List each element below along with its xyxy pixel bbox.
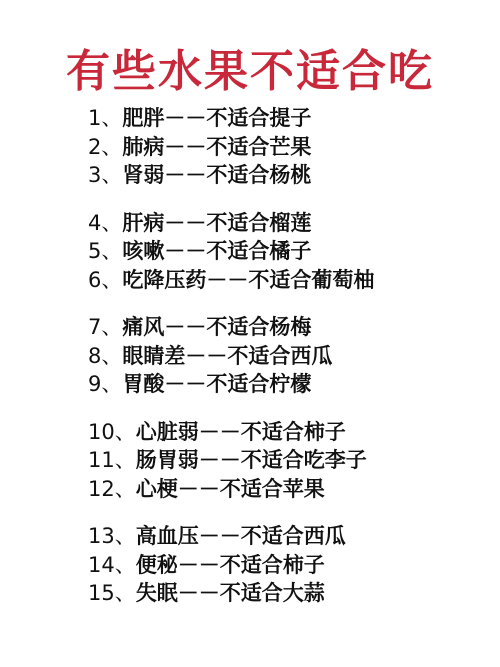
list-item: 1、肥胖－－不适合提子 [88, 104, 374, 133]
item-number: 6、 [88, 268, 122, 292]
fruit-list: 1、肥胖－－不适合提子 2、肺病－－不适合芒果 3、肾弱－－不适合杨桃 4、肝病… [88, 104, 374, 627]
item-text: 肠胃弱－－不适合吃李子 [136, 448, 367, 472]
item-number: 2、 [88, 135, 122, 159]
list-item: 4、肝病－－不适合榴莲 [88, 209, 374, 238]
item-text: 心脏弱－－不适合柿子 [136, 420, 346, 444]
item-text: 便秘－－不适合柿子 [136, 553, 325, 577]
item-number: 5、 [88, 239, 122, 263]
item-text: 肝病－－不适合榴莲 [122, 211, 311, 235]
list-item: 3、肾弱－－不适合杨桃 [88, 161, 374, 190]
item-text: 肺病－－不适合芒果 [122, 135, 311, 159]
item-text: 眼睛差－－不适合西瓜 [122, 344, 332, 368]
list-item: 10、心脏弱－－不适合柿子 [88, 418, 374, 447]
list-group-1: 1、肥胖－－不适合提子 2、肺病－－不适合芒果 3、肾弱－－不适合杨桃 [88, 104, 374, 190]
item-number: 11、 [88, 448, 136, 472]
page-title: 有些水果不适合吃 [0, 44, 500, 100]
item-text: 咳嗽－－不适合橘子 [122, 239, 311, 263]
item-number: 8、 [88, 344, 122, 368]
item-number: 1、 [88, 106, 122, 130]
list-item: 13、高血压－－不适合西瓜 [88, 522, 374, 551]
list-item: 7、痛风－－不适合杨梅 [88, 313, 374, 342]
list-item: 15、失眠－－不适合大蒜 [88, 579, 374, 608]
item-text: 肾弱－－不适合杨桃 [122, 163, 311, 187]
list-item: 14、便秘－－不适合柿子 [88, 551, 374, 580]
item-number: 4、 [88, 211, 122, 235]
list-item: 11、肠胃弱－－不适合吃李子 [88, 446, 374, 475]
item-number: 12、 [88, 477, 136, 501]
item-number: 14、 [88, 553, 136, 577]
item-text: 失眠－－不适合大蒜 [136, 581, 325, 605]
item-number: 9、 [88, 372, 122, 396]
item-number: 15、 [88, 581, 136, 605]
list-group-4: 10、心脏弱－－不适合柿子 11、肠胃弱－－不适合吃李子 12、心梗－－不适合苹… [88, 418, 374, 504]
list-group-3: 7、痛风－－不适合杨梅 8、眼睛差－－不适合西瓜 9、胃酸－－不适合柠檬 [88, 313, 374, 399]
item-number: 13、 [88, 524, 136, 548]
item-number: 10、 [88, 420, 136, 444]
list-group-2: 4、肝病－－不适合榴莲 5、咳嗽－－不适合橘子 6、吃降压药－－不适合葡萄柚 [88, 209, 374, 295]
item-number: 7、 [88, 315, 122, 339]
list-item: 5、咳嗽－－不适合橘子 [88, 237, 374, 266]
list-item: 8、眼睛差－－不适合西瓜 [88, 342, 374, 371]
list-item: 9、胃酸－－不适合柠檬 [88, 370, 374, 399]
item-text: 高血压－－不适合西瓜 [136, 524, 346, 548]
list-group-5: 13、高血压－－不适合西瓜 14、便秘－－不适合柿子 15、失眠－－不适合大蒜 [88, 522, 374, 608]
item-number: 3、 [88, 163, 122, 187]
item-text: 心梗－－不适合苹果 [136, 477, 325, 501]
list-item: 12、心梗－－不适合苹果 [88, 475, 374, 504]
item-text: 痛风－－不适合杨梅 [122, 315, 311, 339]
item-text: 吃降压药－－不适合葡萄柚 [122, 268, 374, 292]
list-item: 6、吃降压药－－不适合葡萄柚 [88, 266, 374, 295]
item-text: 肥胖－－不适合提子 [122, 106, 311, 130]
item-text: 胃酸－－不适合柠檬 [122, 372, 311, 396]
list-item: 2、肺病－－不适合芒果 [88, 133, 374, 162]
